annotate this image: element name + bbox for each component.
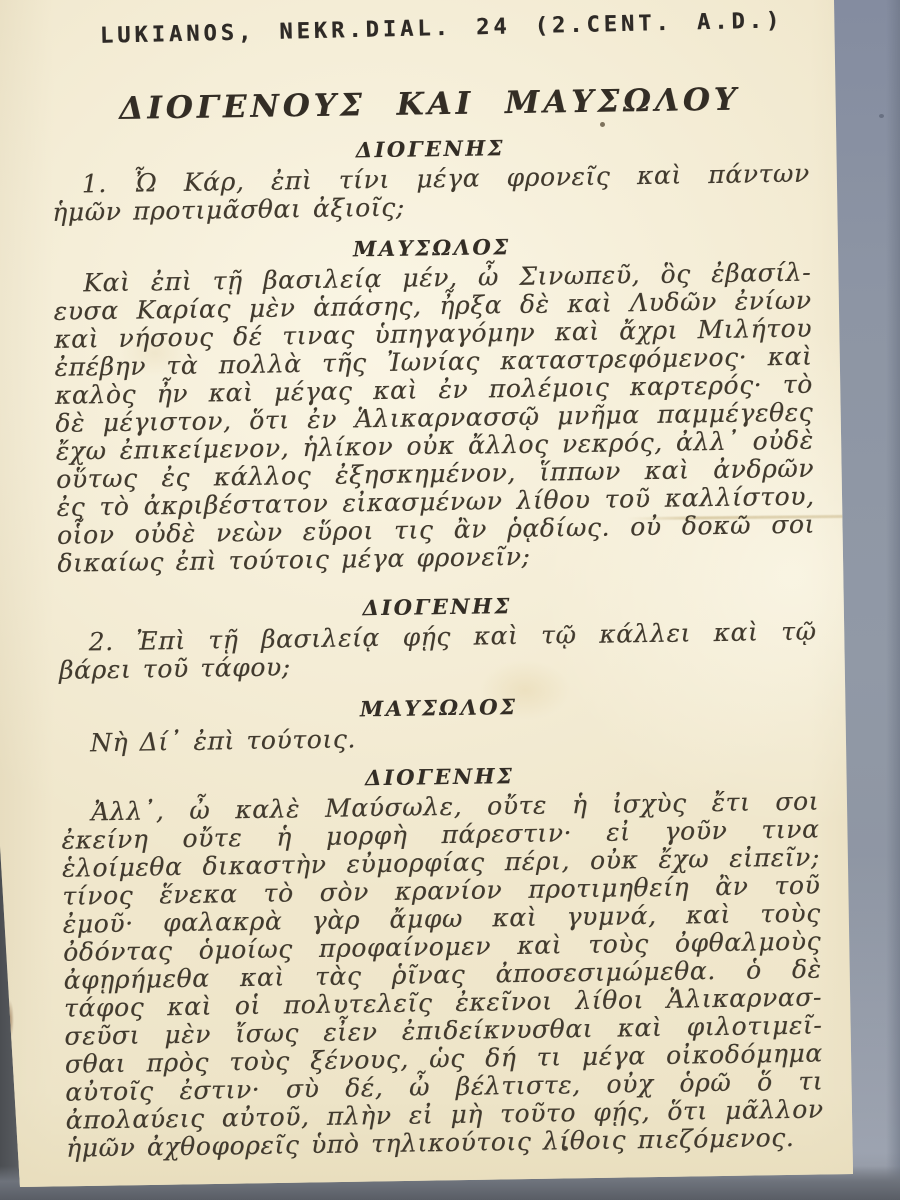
page-title: ΔΙΟΓΕΝΟΥΣ ΚΑΙ ΜΑΥΣΩΛΟΥ <box>50 81 808 128</box>
dialogue-paragraph: Ἀλλ᾽, ὦ καλὲ Μαύσωλε, οὔτε ἡ ἰσχὺς ἔτι σ… <box>61 788 824 1163</box>
background-right-shadow <box>886 0 900 1200</box>
printed-content: LUKIANOS, NEKR.DIAL. 24 (2.CENT. A.D.) Δ… <box>0 0 900 1200</box>
dust-speck <box>879 114 884 118</box>
dialogue-paragraph: 2. Ἐπὶ τῇ βασιλείᾳ φῄς καὶ τῷ κάλλει καὶ… <box>58 618 817 685</box>
dialogue-paragraph: 1. Ὦ Κάρ, ἐπὶ τίνι μέγα φρονεῖς καὶ πάντ… <box>52 160 811 227</box>
dialogue-paragraph: Καὶ ἐπὶ τῇ βασιλείᾳ μέν, ὦ Σινωπεῦ, ὃς ἐ… <box>53 259 815 578</box>
photo-of-printed-page: LUKIANOS, NEKR.DIAL. 24 (2.CENT. A.D.) Δ… <box>0 0 900 1200</box>
dialogue-line: Νὴ Δί᾽ ἐπὶ τούτοις. <box>60 719 818 758</box>
text-column: ΔΙΟΓΕΝΟΥΣ ΚΑΙ ΜΑΥΣΩΛΟΥ ΔΙΟΓΕΝΗΣ 1. Ὦ Κάρ… <box>50 41 824 1163</box>
dialogue-paragraph: Νὴ Δί᾽ ἐπὶ τούτοις. <box>60 719 818 758</box>
paper-page: LUKIANOS, NEKR.DIAL. 24 (2.CENT. A.D.) Δ… <box>0 0 900 1200</box>
